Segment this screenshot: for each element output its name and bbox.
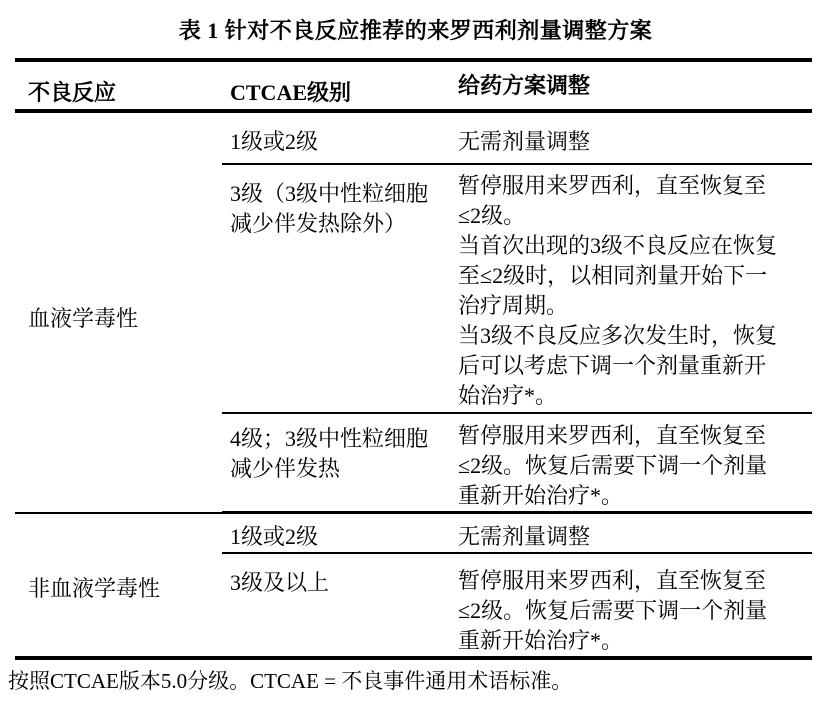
adjustment-cell: 无需剂量调整 [456, 513, 812, 554]
grade-cell: 3级及以上 [222, 553, 456, 658]
grade-cell: 1级或2级 [222, 111, 456, 164]
adjustment-cell: 暂停服用来罗西利，直至恢复至 ≤2级。 当首次出现的3级不良反应在恢复 至≤2级… [456, 164, 812, 413]
category-cell-non-hematologic: 非血液学毒性 [15, 513, 222, 659]
grade-cell: 3级（3级中性粒细胞 减少伴发热除外） [222, 164, 456, 413]
grade-cell: 4级；3级中性粒细胞 减少伴发热 [222, 413, 456, 513]
document-page: 表 1 针对不良反应推荐的来罗西利剂量调整方案 不良反应 CTCAE级别 给药方… [0, 0, 831, 708]
column-header-regimen-adjustment: 给药方案调整 [456, 60, 812, 111]
dose-adjustment-table: 不良反应 CTCAE级别 给药方案调整 血液学毒性 1级或2级 无需剂量调整 3… [15, 58, 812, 660]
table-title: 表 1 针对不良反应推荐的来罗西利剂量调整方案 [0, 16, 831, 46]
footnote: 按照CTCAE版本5.0分级。CTCAE = 不良事件通用术语标准。 [8, 668, 831, 694]
table-row: 血液学毒性 1级或2级 无需剂量调整 [15, 111, 812, 164]
column-header-adverse-reaction: 不良反应 [15, 60, 222, 111]
column-header-ctcae-grade: CTCAE级别 [222, 60, 456, 111]
table-header-row: 不良反应 CTCAE级别 给药方案调整 [15, 60, 812, 111]
grade-cell: 1级或2级 [222, 513, 456, 554]
adjustment-cell: 暂停服用来罗西利，直至恢复至 ≤2级。恢复后需要下调一个剂量 重新开始治疗*。 [456, 553, 812, 658]
table-row: 非血液学毒性 1级或2级 无需剂量调整 [15, 513, 812, 554]
category-cell-hematologic: 血液学毒性 [15, 111, 222, 513]
adjustment-cell: 无需剂量调整 [456, 111, 812, 164]
adjustment-cell: 暂停服用来罗西利，直至恢复至 ≤2级。恢复后需要下调一个剂量 重新开始治疗*。 [456, 413, 812, 513]
